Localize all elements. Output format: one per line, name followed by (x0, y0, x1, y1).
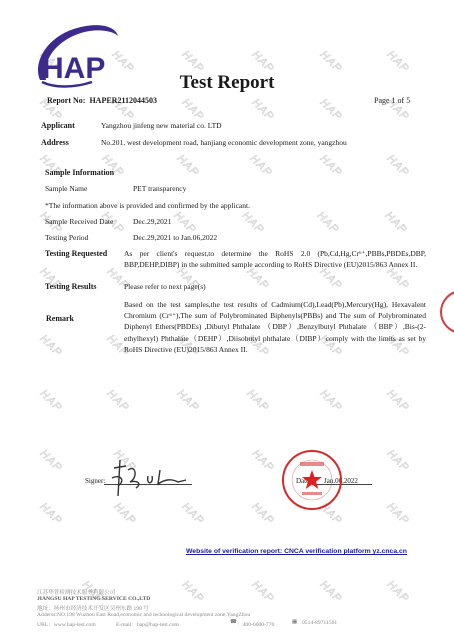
watermark: HAP (180, 97, 207, 124)
address-label: Address (41, 138, 69, 147)
applicant-confirmation-note: *The information above is provided and c… (45, 201, 250, 210)
footer-address-cn: 地址：扬州市经济技术开发区吴州东路 198 号 (37, 604, 149, 612)
testing-requested-value: As per client's request,to determine the… (124, 248, 426, 270)
watermark: HAP (385, 388, 412, 415)
footer-address-en: Adderss:NO.198 Wuzhou East Road,economic… (37, 612, 250, 618)
watermark: HAP (250, 579, 277, 606)
watermark: HAP (175, 388, 202, 415)
watermark: HAP (248, 153, 275, 180)
report-number-value: HAPER2112044503 (89, 96, 157, 105)
watermark: HAP (240, 210, 267, 237)
side-seal-stamp (440, 290, 454, 334)
watermark: HAP (175, 153, 202, 180)
watermark: HAP (250, 501, 277, 528)
watermark: HAP (318, 579, 345, 606)
watermark: HAP (315, 210, 342, 237)
remark-label: Remark (46, 314, 74, 323)
footer-phone: ：400-6600-776 (237, 620, 274, 628)
footer-email[interactable]: E-mail：hap@hap-test.com (116, 620, 179, 628)
footer-company-en: JIANGSU HAP TESTING SERVICE CO.,LTD (37, 596, 150, 602)
watermark: HAP (38, 501, 65, 528)
watermark: HAP (318, 153, 345, 180)
watermark: HAP (245, 388, 272, 415)
sample-information-heading: Sample Information (45, 168, 114, 177)
test-report-page: HAP HAP HAP HAP HAP HAP HAP HAP HAP HAP … (0, 0, 454, 640)
testing-results-label: Testing Results (45, 282, 97, 291)
applicant-value: Yangzhou jinfeng new material co. LTD (101, 121, 222, 130)
watermark: HAP (385, 501, 412, 528)
testing-requested-label: Testing Requested (45, 249, 107, 258)
testing-results-value: Please refer to next page(s) (124, 282, 206, 291)
received-date-label: Sample Received Date (45, 217, 113, 226)
watermark: HAP (250, 448, 277, 475)
watermark: HAP (180, 501, 207, 528)
watermark: HAP (38, 333, 65, 360)
official-seal-stamp (280, 448, 344, 512)
watermark: HAP (112, 501, 139, 528)
watermark: HAP (38, 448, 65, 475)
watermark: HAP (105, 388, 132, 415)
footer-company-cn: 江苏华普检测技术服务有限公司 (37, 588, 115, 596)
watermark: HAP (385, 153, 412, 180)
document-title: Test Report (0, 72, 454, 94)
page-indicator: Page 1 of 5 (374, 96, 410, 105)
watermark: HAP (383, 210, 410, 237)
report-number-label: Report No: (47, 96, 85, 105)
verification-link[interactable]: Website of verification report: CNCA ver… (186, 548, 407, 555)
watermark: HAP (318, 97, 345, 124)
report-number: Report No:HAPER2112044503 (47, 96, 157, 105)
remark-value: Based on the test samples,the test resul… (124, 299, 426, 355)
watermark: HAP (38, 388, 65, 415)
applicant-label: Applicant (41, 121, 75, 130)
address-value: No.201, west development road, hanjiang … (101, 138, 347, 147)
testing-period-label: Testing Period (45, 233, 88, 242)
signer-label: Signer: (85, 477, 105, 485)
fax-icon: ▦ (292, 619, 297, 625)
watermark: HAP (180, 579, 207, 606)
testing-period-value: Dec.29,2021 to Jan.06,2022 (133, 233, 217, 242)
watermark: HAP (318, 388, 345, 415)
signature-icon (108, 456, 188, 498)
watermark: HAP (385, 448, 412, 475)
received-date-value: Dec.29,2021 (133, 217, 171, 226)
phone-icon: ☎ (230, 619, 237, 625)
watermark: HAP (250, 97, 277, 124)
watermark: HAP (385, 579, 412, 606)
sample-name-value: PET transparency (133, 184, 186, 193)
footer-url[interactable]: URL：www.hap-test.com (37, 620, 96, 628)
footer-fax: 0514-89711561 (302, 620, 337, 626)
sample-name-label: Sample Name (45, 184, 87, 193)
